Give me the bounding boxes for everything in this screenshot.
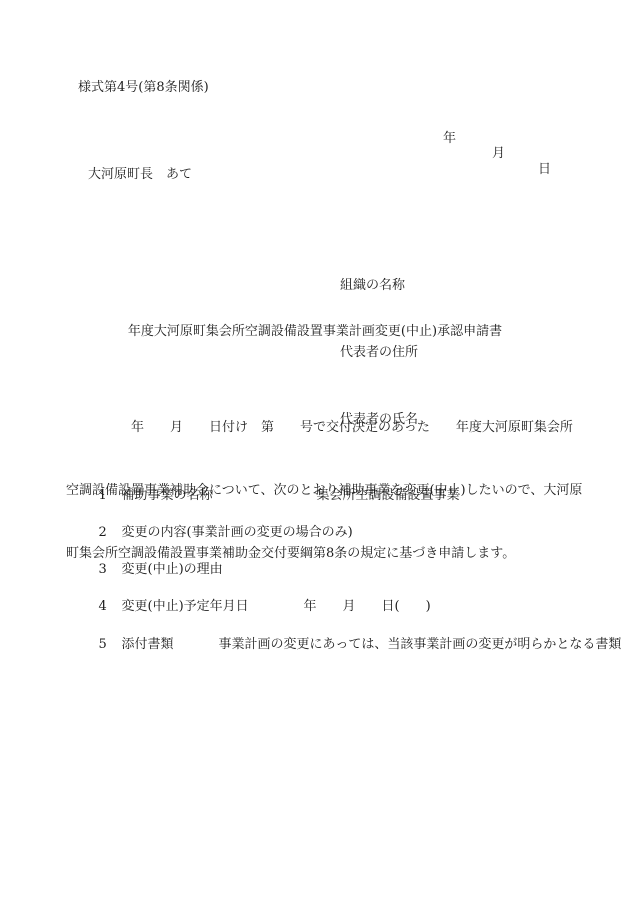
item-5-value: 事業計画の変更にあっては、当該事業計画の変更が明らかとなる書類 [219,637,622,652]
item-4-number: 4 [99,599,122,615]
item-5-number: 5 [99,637,122,653]
item-1-number: 1 [99,488,122,504]
issue-date-year-label: 年 [443,131,456,147]
addressee: 大河原町長 あて [88,167,192,183]
item-4-value: 年 月 日( ) [304,599,431,614]
rep-address-label: 代表者の住所 [340,342,418,364]
item-1-value: 集会所空調設備設置事業 [317,488,460,503]
org-name-label: 組織の名称 [340,275,418,297]
document-page: 様式第4号(第8条関係) 年 月 日 大河原町長 あて 組織の名称 代表者の住所… [0,0,630,903]
item-4-label: 変更(中止)予定年月日 [122,599,304,615]
issue-date-line: 年 月 日 [0,115,630,133]
item-3-number: 3 [99,562,122,578]
list-item-5: 5添付書類事業計画の変更にあっては、当該事業計画の変更が明らかとなる書類 [82,621,621,668]
form-number: 様式第4号(第8条関係) [78,80,209,96]
item-5-label: 添付書類 [122,637,219,653]
item-3-label: 変更(中止)の理由 [122,562,223,577]
item-2-number: 2 [99,525,122,541]
document-title: 年度大河原町集会所空調設備設置事業計画変更(中止)承認申請書 [0,324,630,340]
issue-date-month-label: 月 [492,146,505,162]
body-line-1: 年 月 日付け 第 号で交付決定のあった 年度大河原町集会所 [66,417,586,438]
issue-date-day-label: 日 [538,162,551,178]
item-1-label: 補助事業の名称 [122,488,317,504]
item-2-label: 変更の内容(事業計画の変更の場合のみ) [122,525,353,540]
